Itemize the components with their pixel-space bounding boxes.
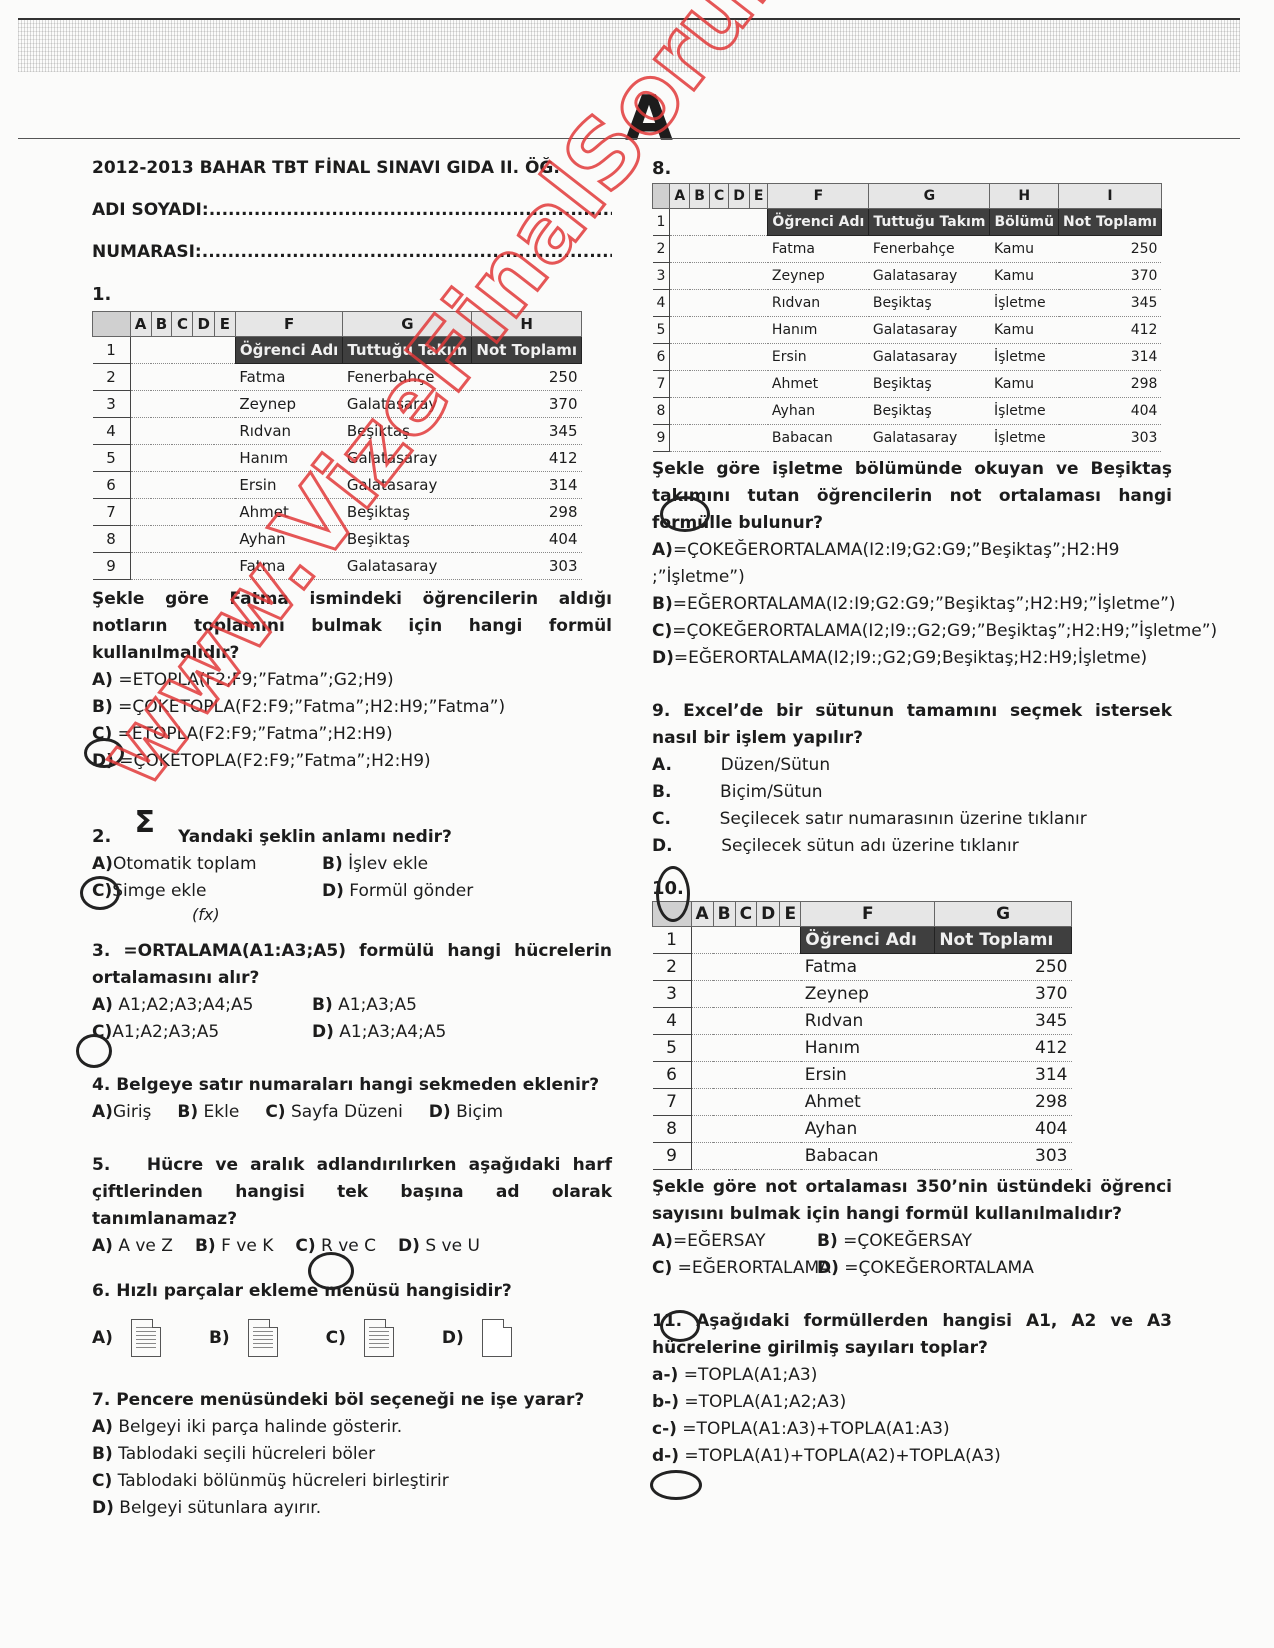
table-cell[interactable]: 412 bbox=[472, 445, 582, 472]
row-number[interactable]: 8 bbox=[653, 398, 670, 425]
table-row: 5HanımGalatasaray412 bbox=[93, 445, 582, 472]
row-number[interactable]: 8 bbox=[93, 526, 131, 553]
table-cell[interactable]: Zeynep bbox=[801, 981, 935, 1008]
table-cell[interactable]: Ayhan bbox=[768, 398, 869, 425]
column-header[interactable]: G bbox=[935, 902, 1072, 927]
column-header[interactable]: A bbox=[130, 312, 151, 337]
option-label: D) bbox=[429, 1102, 451, 1122]
q9-text: 9. Excel’de bir sütunun tamamını seçmek … bbox=[652, 698, 1172, 752]
table-cell[interactable]: Galatasaray bbox=[343, 391, 472, 418]
table-header-cell[interactable]: Öğrenci Adı bbox=[801, 927, 935, 954]
table-cell[interactable]: Kamu bbox=[990, 263, 1059, 290]
option-label: B) bbox=[817, 1231, 838, 1251]
option-label: A. bbox=[652, 755, 672, 775]
option-text: =ÇOKEĞERSAY bbox=[838, 1231, 972, 1251]
option-label: C) bbox=[265, 1102, 285, 1122]
option-text: =ÇOKEĞERORTALAMA bbox=[839, 1258, 1034, 1278]
table-cell[interactable]: Beşiktaş bbox=[869, 371, 990, 398]
table-cell[interactable]: Beşiktaş bbox=[343, 526, 472, 553]
table-cell[interactable]: Galatasaray bbox=[343, 472, 472, 499]
table-row: 6ErsinGalatasaray314 bbox=[93, 472, 582, 499]
table-row: 3ZeynepGalatasaray370 bbox=[93, 391, 582, 418]
option-text: İşlev ekle bbox=[343, 854, 428, 874]
row-number[interactable]: 3 bbox=[93, 391, 131, 418]
q9-option-1[interactable]: A. Düzen/Sütun bbox=[652, 752, 1172, 779]
q11-option-1[interactable]: a-) =TOPLA(A1;A3) bbox=[652, 1362, 1172, 1389]
q1-spreadsheet: ABCDEFGH1Öğrenci AdıTuttuğu TakımNot Top… bbox=[92, 311, 582, 580]
q5-option-4[interactable]: D) S ve U bbox=[398, 1233, 480, 1260]
q10-option-1[interactable]: A)=EĞERSAY bbox=[652, 1228, 817, 1255]
option-text: A ve Z bbox=[113, 1236, 173, 1256]
column-header[interactable]: B bbox=[713, 902, 735, 927]
table-header-cell[interactable]: Not Toplamı bbox=[472, 337, 582, 364]
q6-text: 6. Hızlı parçalar ekleme menüsü hangisid… bbox=[92, 1278, 612, 1305]
table-cell[interactable]: Ahmet bbox=[768, 371, 869, 398]
q11-options: a-) =TOPLA(A1;A3)b-) =TOPLA(A1;A2;A3)c-)… bbox=[652, 1362, 1172, 1470]
q11-option-3[interactable]: c-) =TOPLA(A1:A3)+TOPLA(A1:A3) bbox=[652, 1416, 1172, 1443]
column-header[interactable] bbox=[653, 902, 692, 927]
table-cell[interactable]: Fatma bbox=[801, 954, 935, 981]
option-label: D. bbox=[652, 836, 673, 856]
q7-option-2[interactable]: B) Tablodaki seçili hücreleri böler bbox=[92, 1441, 612, 1468]
q1-number: 1. bbox=[92, 284, 612, 305]
option-label: A) bbox=[652, 1231, 673, 1251]
column-header[interactable]: C bbox=[735, 902, 756, 927]
q4-option-3[interactable]: C) Sayfa Düzeni bbox=[265, 1099, 402, 1126]
table-row: 8AyhanBeşiktaş404 bbox=[93, 526, 582, 553]
column-header[interactable]: D bbox=[757, 902, 780, 927]
table-cell[interactable]: 303 bbox=[1059, 425, 1162, 452]
table-cell[interactable]: Rıdvan bbox=[801, 1008, 935, 1035]
row-number[interactable]: 2 bbox=[653, 236, 670, 263]
option-label: c-) bbox=[652, 1419, 677, 1439]
table-cell[interactable]: Hanım bbox=[801, 1035, 935, 1062]
table-row: 3Zeynep370 bbox=[653, 981, 1072, 1008]
table-cell[interactable]: Fatma bbox=[235, 553, 342, 580]
option-text: A1;A2;A3;A4;A5 bbox=[113, 995, 254, 1015]
q10-spreadsheet: ABCDEFG1Öğrenci AdıNot Toplamı2Fatma2503… bbox=[652, 901, 1072, 1170]
table-cell[interactable]: Ahmet bbox=[235, 499, 342, 526]
table-cell[interactable]: Hanım bbox=[768, 317, 869, 344]
table-cell[interactable]: Rıdvan bbox=[235, 418, 342, 445]
header-divider bbox=[18, 138, 1240, 139]
table-cell[interactable]: Galatasaray bbox=[869, 425, 990, 452]
q4-text: 4. Belgeye satır numaraları hangi sekmed… bbox=[92, 1072, 612, 1099]
table-cell[interactable]: Babacan bbox=[801, 1143, 935, 1170]
q8-options: A)=ÇOKEĞERORTALAMA(I2:I9;G2:G9;”Beşiktaş… bbox=[652, 537, 1172, 672]
table-cell[interactable]: Fatma bbox=[768, 236, 869, 263]
column-header[interactable]: B bbox=[151, 312, 172, 337]
table-cell[interactable]: 314 bbox=[1059, 344, 1162, 371]
q5-option-2[interactable]: B) F ve K bbox=[195, 1233, 273, 1260]
column-header[interactable]: F bbox=[235, 312, 342, 337]
document-image-icon bbox=[248, 1319, 278, 1357]
table-row: 4Rıdvan345 bbox=[653, 1008, 1072, 1035]
table-cell[interactable]: Kamu bbox=[990, 317, 1059, 344]
column-header[interactable]: F bbox=[768, 184, 869, 209]
table-header-cell[interactable]: Öğrenci Adı bbox=[235, 337, 342, 364]
q3-option-1[interactable]: A) A1;A2;A3;A4;A5 bbox=[92, 992, 312, 1019]
table-row: 2FatmaFenerbahçe250 bbox=[93, 364, 582, 391]
option-text: S ve U bbox=[420, 1236, 480, 1256]
q6-options: A)B)C)D) bbox=[92, 1319, 612, 1357]
q1-option-4[interactable]: D) =ÇOKETOPLA(F2:F9;”Fatma”;H2:H9) bbox=[92, 748, 612, 775]
option-label: d-) bbox=[652, 1446, 679, 1466]
table-header-cell[interactable]: Bölümü bbox=[990, 209, 1059, 236]
name-label: ADI SOYADI: bbox=[92, 200, 209, 220]
table-cell[interactable]: Beşiktaş bbox=[343, 499, 472, 526]
q1-options: A) =ETOPLA(F2;F9;”Fatma”;G2;H9)B) =ÇOKET… bbox=[92, 667, 612, 775]
table-row: 7AhmetBeşiktaşKamu298 bbox=[653, 371, 1162, 398]
q8-text: Şekle göre işletme bölümünde okuyan ve B… bbox=[652, 456, 1172, 537]
column-header[interactable]: A bbox=[670, 184, 690, 209]
q7-option-4[interactable]: D) Belgeyi sütunlara ayırır. bbox=[92, 1495, 612, 1522]
q4-option-1[interactable]: A)Giriş bbox=[92, 1099, 151, 1126]
q8-option-4[interactable]: D)=EĞERORTALAMA(I2;I9:;G2;G9;Beşiktaş;H2… bbox=[652, 645, 1172, 672]
option-text: =TOPLA(A1;A3) bbox=[678, 1365, 817, 1385]
option-text: =ETOPLA(F2;F9;”Fatma”;G2;H9) bbox=[113, 670, 394, 690]
table-cell[interactable]: 404 bbox=[935, 1116, 1072, 1143]
table-cell[interactable]: 303 bbox=[935, 1143, 1072, 1170]
table-row: 9BabacanGalatasarayİşletme303 bbox=[653, 425, 1162, 452]
table-cell[interactable]: 345 bbox=[472, 418, 582, 445]
table-cell[interactable]: İşletme bbox=[990, 425, 1059, 452]
option-text: =EĞERORTALAMA bbox=[672, 1258, 831, 1278]
row-number[interactable]: 6 bbox=[93, 472, 131, 499]
row-number[interactable]: 9 bbox=[93, 553, 131, 580]
column-header[interactable]: C bbox=[172, 312, 193, 337]
row-number[interactable]: 7 bbox=[653, 371, 670, 398]
q2-option-1[interactable]: A)Otomatik toplam bbox=[92, 851, 322, 878]
table-cell[interactable]: Fatma bbox=[235, 364, 342, 391]
column-header[interactable]: C bbox=[709, 184, 728, 209]
column-header[interactable]: B bbox=[690, 184, 710, 209]
q10-text: Şekle göre not ortalaması 350’nin üstünd… bbox=[652, 1174, 1172, 1228]
table-cell[interactable]: Babacan bbox=[768, 425, 869, 452]
row-number[interactable]: 1 bbox=[93, 337, 131, 364]
q2-number: 2. bbox=[92, 826, 111, 847]
q1-option-1[interactable]: A) =ETOPLA(F2;F9;”Fatma”;G2;H9) bbox=[92, 667, 612, 694]
table-cell[interactable]: 250 bbox=[1059, 236, 1162, 263]
q5-number: 5. bbox=[92, 1155, 110, 1175]
q3-option-4[interactable]: D) A1;A3;A4;A5 bbox=[312, 1019, 572, 1046]
number-dots: ........................................… bbox=[202, 242, 612, 262]
option-text: =EĞERSAY bbox=[673, 1231, 766, 1251]
left-column: 2012-2013 BAHAR TBT FİNAL SINAVI GIDA II… bbox=[92, 158, 612, 1522]
sigma-icon: Σ bbox=[134, 805, 155, 840]
table-cell[interactable]: Fenerbahçe bbox=[869, 236, 990, 263]
column-header[interactable] bbox=[653, 184, 670, 209]
table-cell[interactable]: Beşiktaş bbox=[869, 290, 990, 317]
table-cell[interactable]: 298 bbox=[1059, 371, 1162, 398]
row-number[interactable]: 1 bbox=[653, 209, 670, 236]
option-label: A) bbox=[92, 1328, 113, 1348]
row-number[interactable]: 8 bbox=[653, 1116, 692, 1143]
row-number[interactable]: 5 bbox=[93, 445, 131, 472]
option-text: Biçim/Sütun bbox=[671, 782, 822, 802]
table-cell[interactable]: 303 bbox=[472, 553, 582, 580]
row-number[interactable]: 6 bbox=[653, 1062, 692, 1089]
option-label: A) bbox=[92, 1102, 113, 1122]
column-header[interactable] bbox=[93, 312, 131, 337]
column-header[interactable]: A bbox=[691, 902, 713, 927]
q1-option-3[interactable]: C) =ETOPLA(F2:F9;”Fatma”;H2:H9) bbox=[92, 721, 612, 748]
option-text: =TOPLA(A1:A3)+TOPLA(A1:A3) bbox=[677, 1419, 950, 1439]
row-number[interactable]: 9 bbox=[653, 1143, 692, 1170]
option-text: =TOPLA(A1)+TOPLA(A2)+TOPLA(A3) bbox=[679, 1446, 1001, 1466]
option-text: Seçilecek satır numarasının üzerine tıkl… bbox=[671, 809, 1087, 829]
row-number[interactable]: 7 bbox=[93, 499, 131, 526]
column-header[interactable]: E bbox=[214, 312, 235, 337]
q5-option-3[interactable]: C) R ve C bbox=[295, 1233, 376, 1260]
table-cell[interactable]: 298 bbox=[935, 1089, 1072, 1116]
option-label: C) bbox=[652, 621, 672, 641]
option-text: Simge ekle bbox=[112, 881, 206, 901]
option-text: Seçilecek sütun adı üzerine tıklanır bbox=[673, 836, 1019, 856]
option-label: B) bbox=[322, 854, 343, 874]
option-label: A) bbox=[92, 1236, 113, 1256]
q3-number: 3. bbox=[92, 941, 110, 961]
q10-option-4[interactable]: D) =ÇOKEĞERORTALAMA bbox=[817, 1255, 1117, 1282]
q6-option-1[interactable]: A) bbox=[92, 1328, 209, 1348]
option-label: B) bbox=[92, 697, 113, 717]
column-header[interactable]: E bbox=[749, 184, 768, 209]
table-row: 5HanımGalatasarayKamu412 bbox=[653, 317, 1162, 344]
option-label: C) bbox=[92, 724, 112, 744]
table-header-cell[interactable]: Tuttuğu Takım bbox=[869, 209, 990, 236]
table-cell[interactable]: Rıdvan bbox=[768, 290, 869, 317]
q6-option-4[interactable]: D) bbox=[442, 1328, 560, 1348]
q6-option-2[interactable]: B) bbox=[209, 1328, 326, 1348]
name-field[interactable]: ADI SOYADI:.............................… bbox=[92, 200, 612, 220]
option-label: B) bbox=[312, 995, 333, 1015]
row-number[interactable]: 7 bbox=[653, 1089, 692, 1116]
option-text: Tablodaki seçili hücreleri böler bbox=[113, 1444, 375, 1464]
row-number[interactable]: 4 bbox=[653, 290, 670, 317]
option-label: D) bbox=[652, 648, 674, 668]
row-number[interactable]: 4 bbox=[93, 418, 131, 445]
name-dots: ........................................… bbox=[209, 200, 612, 220]
q1-text: Şekle göre Fatma ismindeki öğrencilerin … bbox=[92, 586, 612, 667]
q4-option-4[interactable]: D) Biçim bbox=[429, 1099, 503, 1126]
q5-options: A) A ve ZB) F ve KC) R ve CD) S ve U bbox=[92, 1233, 612, 1260]
table-cell[interactable]: 370 bbox=[1059, 263, 1162, 290]
answer-circle-q11 bbox=[650, 1470, 702, 1500]
option-label: A) bbox=[92, 1417, 113, 1437]
number-field[interactable]: NUMARASI:...............................… bbox=[92, 242, 612, 262]
table-cell[interactable]: Beşiktaş bbox=[343, 418, 472, 445]
q8-option-1[interactable]: A)=ÇOKEĞERORTALAMA(I2:I9;G2:G9;”Beşiktaş… bbox=[652, 537, 1172, 591]
option-label: B) bbox=[177, 1102, 198, 1122]
table-cell[interactable]: 314 bbox=[935, 1062, 1072, 1089]
table-cell[interactable]: Galatasaray bbox=[869, 344, 990, 371]
q9-option-4[interactable]: D. Seçilecek sütun adı üzerine tıklanır bbox=[652, 833, 1172, 860]
option-label: A) bbox=[652, 540, 673, 560]
table-cell[interactable]: İşletme bbox=[990, 290, 1059, 317]
column-header[interactable]: H bbox=[472, 312, 582, 337]
row-number[interactable]: 5 bbox=[653, 1035, 692, 1062]
q7-options: A) Belgeyi iki parça halinde gösterir.B)… bbox=[92, 1414, 612, 1522]
table-cell[interactable]: Kamu bbox=[990, 236, 1059, 263]
q6-option-3[interactable]: C) bbox=[326, 1328, 442, 1348]
option-text: =ÇOKEĞERORTALAMA(I2;I9:;G2;G9;”Beşiktaş”… bbox=[672, 621, 1217, 641]
table-cell[interactable]: 404 bbox=[472, 526, 582, 553]
q3-option-2[interactable]: B) A1;A3;A5 bbox=[312, 992, 572, 1019]
table-cell[interactable]: 412 bbox=[1059, 317, 1162, 344]
option-text: F ve K bbox=[216, 1236, 274, 1256]
row-number[interactable]: 3 bbox=[653, 981, 692, 1008]
column-header[interactable]: D bbox=[729, 184, 750, 209]
q4-options: A)GirişB) EkleC) Sayfa DüzeniD) Biçim bbox=[92, 1099, 612, 1126]
table-row: 8Ayhan404 bbox=[653, 1116, 1072, 1143]
option-text: =ETOPLA(F2:F9;”Fatma”;H2:H9) bbox=[112, 724, 392, 744]
column-header[interactable]: I bbox=[1059, 184, 1162, 209]
q9-number: 9. bbox=[652, 701, 670, 721]
table-header-cell[interactable]: Not Toplamı bbox=[1059, 209, 1162, 236]
option-text: =TOPLA(A1;A2;A3) bbox=[679, 1392, 846, 1412]
table-cell[interactable]: Ahmet bbox=[801, 1089, 935, 1116]
q2-option-2[interactable]: B) İşlev ekle bbox=[322, 851, 582, 878]
q7-text: 7. Pencere menüsündeki böl seçeneği ne i… bbox=[92, 1387, 612, 1414]
table-cell[interactable]: Beşiktaş bbox=[869, 398, 990, 425]
table-cell[interactable]: Zeynep bbox=[235, 391, 342, 418]
table-row: 4RıdvanBeşiktaşİşletme345 bbox=[653, 290, 1162, 317]
option-label: B) bbox=[209, 1328, 230, 1348]
option-text: =ÇOKETOPLA(F2:F9;”Fatma”;H2:H9) bbox=[114, 751, 431, 771]
q9-option-3[interactable]: C. Seçilecek satır numarasının üzerine t… bbox=[652, 806, 1172, 833]
table-cell[interactable]: Zeynep bbox=[768, 263, 869, 290]
table-cell[interactable]: Ayhan bbox=[801, 1116, 935, 1143]
option-text: Formül gönder bbox=[344, 881, 473, 901]
q8-number: 8. bbox=[652, 158, 1172, 179]
table-cell[interactable]: 404 bbox=[1059, 398, 1162, 425]
table-row: 9Babacan303 bbox=[653, 1143, 1072, 1170]
option-text: Sayfa Düzeni bbox=[286, 1102, 403, 1122]
table-cell[interactable]: Ersin bbox=[801, 1062, 935, 1089]
q4-number: 4. bbox=[92, 1075, 110, 1095]
table-header-cell[interactable]: Öğrenci Adı bbox=[768, 209, 869, 236]
row-number[interactable]: 1 bbox=[653, 927, 692, 954]
option-label: A) bbox=[92, 854, 113, 874]
q3-option-3[interactable]: C)A1;A2;A3;A5 bbox=[92, 1019, 312, 1046]
option-label: D) bbox=[442, 1328, 464, 1348]
q2-options: A)Otomatik toplamB) İşlev ekleC)Simge ek… bbox=[92, 851, 612, 905]
q9-options: A. Düzen/SütunB. Biçim/SütunC. Seçilecek… bbox=[652, 752, 1172, 860]
table-row: 5Hanım412 bbox=[653, 1035, 1072, 1062]
document-text-icon bbox=[364, 1319, 394, 1357]
option-label: B) bbox=[92, 1444, 113, 1464]
q1-option-2[interactable]: B) =ÇOKETOPLA(F2:F9;”Fatma”;H2:H9;”Fatma… bbox=[92, 694, 612, 721]
q2-handwritten-note: (fx) bbox=[192, 905, 612, 924]
blank-document-icon bbox=[482, 1319, 512, 1357]
table-cell[interactable]: 314 bbox=[472, 472, 582, 499]
option-text: Belgeyi sütunlara ayırır. bbox=[114, 1498, 321, 1518]
column-header[interactable]: E bbox=[780, 902, 801, 927]
table-cell[interactable]: İşletme bbox=[990, 398, 1059, 425]
q10-option-2[interactable]: B) =ÇOKEĞERSAY bbox=[817, 1228, 1117, 1255]
table-cell[interactable]: Galatasaray bbox=[869, 263, 990, 290]
table-row: 2Fatma250 bbox=[653, 954, 1072, 981]
column-header[interactable]: G bbox=[869, 184, 990, 209]
exam-title: 2012-2013 BAHAR TBT FİNAL SINAVI GIDA II… bbox=[92, 158, 612, 178]
table-cell[interactable]: Ersin bbox=[235, 472, 342, 499]
column-header[interactable]: F bbox=[801, 902, 935, 927]
option-text: =EĞERORTALAMA(I2;I9:;G2;G9;Beşiktaş;H2:H… bbox=[674, 648, 1147, 668]
table-row: 7Ahmet298 bbox=[653, 1089, 1072, 1116]
table-row: 6Ersin314 bbox=[653, 1062, 1072, 1089]
q11-option-2[interactable]: b-) =TOPLA(A1;A2;A3) bbox=[652, 1389, 1172, 1416]
table-cell[interactable]: 412 bbox=[935, 1035, 1072, 1062]
row-number[interactable]: 4 bbox=[653, 1008, 692, 1035]
option-label: C) bbox=[92, 881, 112, 901]
table-cell[interactable]: Fenerbahçe bbox=[343, 364, 472, 391]
table-row: 7AhmetBeşiktaş298 bbox=[93, 499, 582, 526]
q8-option-3[interactable]: C)=ÇOKEĞERORTALAMA(I2;I9:;G2;G9;”Beşikta… bbox=[652, 618, 1172, 645]
option-text: =ÇOKEĞERORTALAMA(I2:I9;G2:G9;”Beşiktaş”;… bbox=[652, 540, 1119, 587]
option-label: B. bbox=[652, 782, 671, 802]
table-cell[interactable]: Hanım bbox=[235, 445, 342, 472]
row-number[interactable]: 6 bbox=[653, 344, 670, 371]
table-cell[interactable]: 298 bbox=[472, 499, 582, 526]
table-cell[interactable]: İşletme bbox=[990, 344, 1059, 371]
table-cell[interactable]: 250 bbox=[935, 954, 1072, 981]
q7-option-3[interactable]: C) Tablodaki bölünmüş hücreleri birleşti… bbox=[92, 1468, 612, 1495]
row-number[interactable]: 2 bbox=[93, 364, 131, 391]
option-text: Giriş bbox=[113, 1102, 151, 1122]
table-row: 2FatmaFenerbahçeKamu250 bbox=[653, 236, 1162, 263]
table-cell[interactable]: 370 bbox=[472, 391, 582, 418]
option-text: A1;A3;A5 bbox=[333, 995, 417, 1015]
table-cell[interactable]: 250 bbox=[472, 364, 582, 391]
table-cell[interactable]: Galatasaray bbox=[343, 553, 472, 580]
row-number[interactable]: 9 bbox=[653, 425, 670, 452]
table-header-cell[interactable]: Tuttuğu Takım bbox=[343, 337, 472, 364]
q9-option-2[interactable]: B. Biçim/Sütun bbox=[652, 779, 1172, 806]
scan-noise-header bbox=[18, 18, 1240, 72]
q5-option-1[interactable]: A) A ve Z bbox=[92, 1233, 173, 1260]
q4-option-2[interactable]: B) Ekle bbox=[177, 1099, 239, 1126]
table-cell[interactable]: Galatasaray bbox=[869, 317, 990, 344]
option-text: Otomatik toplam bbox=[113, 854, 257, 874]
q2-option-3[interactable]: C)Simge ekle bbox=[92, 878, 322, 905]
option-text: A1;A2;A3;A5 bbox=[112, 1022, 219, 1042]
table-row: 4RıdvanBeşiktaş345 bbox=[93, 418, 582, 445]
q10-option-3[interactable]: C) =EĞERORTALAMA bbox=[652, 1255, 817, 1282]
column-header[interactable]: G bbox=[343, 312, 472, 337]
q11-option-4[interactable]: d-) =TOPLA(A1)+TOPLA(A2)+TOPLA(A3) bbox=[652, 1443, 1172, 1470]
q7-option-1[interactable]: A) Belgeyi iki parça halinde gösterir. bbox=[92, 1414, 612, 1441]
table-cell[interactable]: 370 bbox=[935, 981, 1072, 1008]
q2-option-4[interactable]: D) Formül gönder bbox=[322, 878, 582, 905]
table-cell[interactable]: Ersin bbox=[768, 344, 869, 371]
table-cell[interactable]: 345 bbox=[1059, 290, 1162, 317]
table-cell[interactable]: Ayhan bbox=[235, 526, 342, 553]
row-number[interactable]: 5 bbox=[653, 317, 670, 344]
column-header[interactable]: D bbox=[193, 312, 214, 337]
row-number[interactable]: 2 bbox=[653, 954, 692, 981]
table-cell[interactable]: Galatasaray bbox=[343, 445, 472, 472]
option-label: a-) bbox=[652, 1365, 678, 1385]
row-number[interactable]: 3 bbox=[653, 263, 670, 290]
table-cell[interactable]: Kamu bbox=[990, 371, 1059, 398]
q8-option-2[interactable]: B)=EĞERORTALAMA(I2:I9;G2:G9;”Beşiktaş”;H… bbox=[652, 591, 1172, 618]
column-header[interactable]: H bbox=[990, 184, 1059, 209]
q10-number: 10. bbox=[652, 878, 1172, 899]
table-header-cell[interactable]: Not Toplamı bbox=[935, 927, 1072, 954]
table-cell[interactable]: 345 bbox=[935, 1008, 1072, 1035]
q8-spreadsheet: ABCDEFGHI1Öğrenci AdıTuttuğu TakımBölümü… bbox=[652, 183, 1162, 452]
q10-options: A)=EĞERSAYB) =ÇOKEĞERSAYC) =EĞERORTALAMA… bbox=[652, 1228, 1172, 1282]
